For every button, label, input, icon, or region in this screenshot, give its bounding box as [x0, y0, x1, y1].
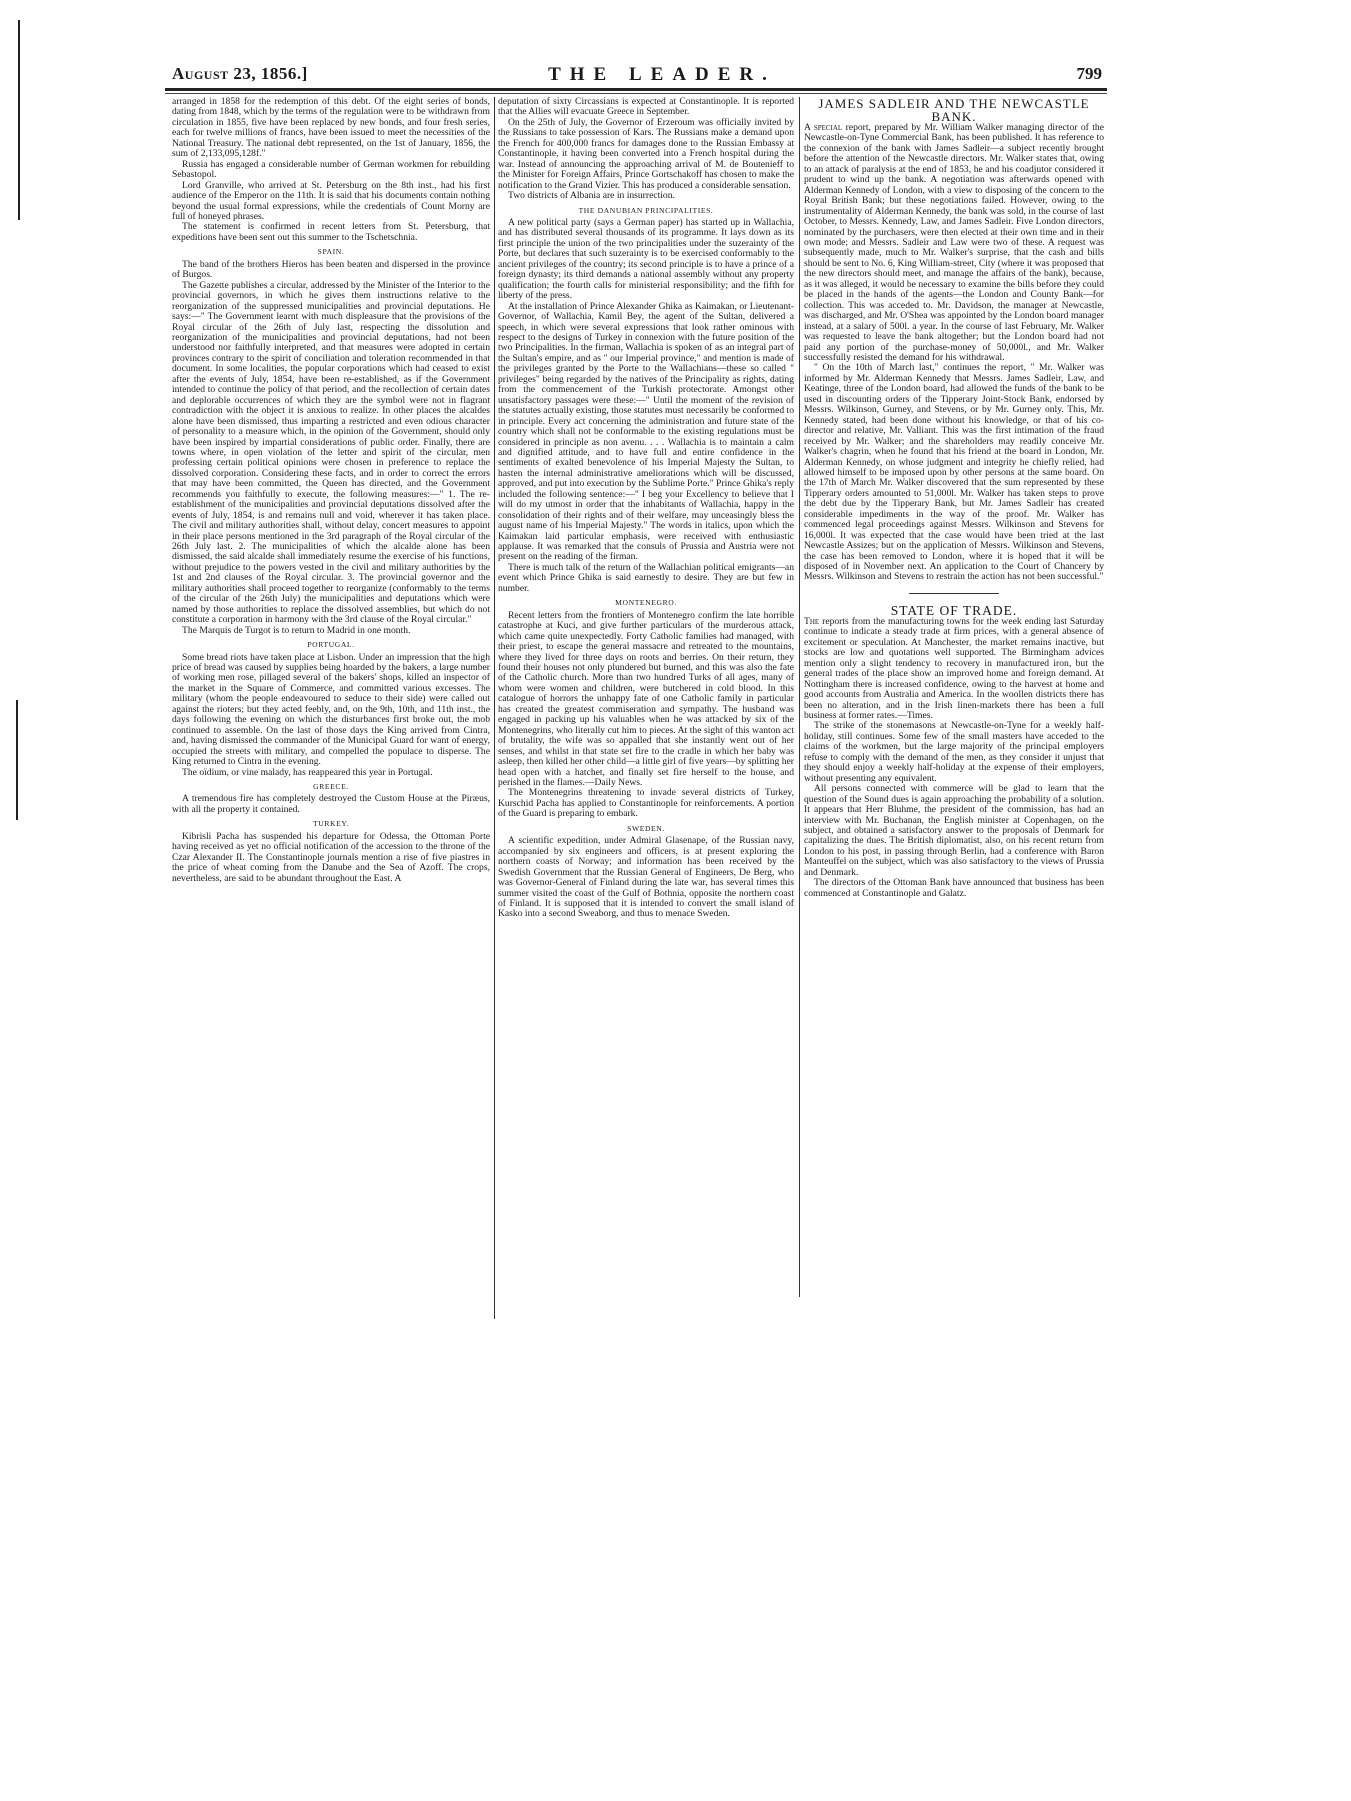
page-number: 799 — [1077, 64, 1103, 84]
article-paragraph: The band of the brothers Hieros has been… — [172, 260, 490, 281]
article-paragraph: Two districts of Albania are in insurrec… — [498, 191, 794, 201]
article-paragraph: All persons connected with commerce will… — [804, 784, 1104, 878]
margin-mark — [16, 700, 18, 820]
column-2: deputation of sixty Circassians is expec… — [498, 97, 794, 920]
article-paragraph: The Gazette publishes a circular, addres… — [172, 281, 490, 626]
section-heading-danubian-principalities: THE DANUBIAN PRINCIPALITIES. — [498, 206, 794, 216]
article-paragraph: Lord Granville, who arrived at St. Peter… — [172, 181, 490, 223]
lead-in: A special — [804, 122, 842, 133]
article-paragraph: Kibrisli Pacha has suspended his departu… — [172, 832, 490, 884]
column-divider — [494, 97, 495, 1319]
article-paragraph: On the 25th of July, the Governor of Erz… — [498, 118, 794, 191]
masthead: THE LEADER. — [452, 64, 872, 86]
article-paragraph: The statement is confirmed in recent let… — [172, 222, 490, 243]
section-heading-turkey: TURKEY. — [172, 819, 490, 829]
lead-in: The — [804, 616, 819, 627]
article-paragraph: The oïdium, or vine malady, has reappear… — [172, 768, 490, 778]
issue-date: August 23, 1856.] — [172, 64, 308, 84]
article-paragraph: Recent letters from the frontiers of Mon… — [498, 611, 794, 789]
column-3: JAMES SADLEIR AND THE NEWCASTLE BANK. A … — [804, 97, 1104, 899]
header-rule — [165, 88, 1107, 91]
article-paragraph: Russia has engaged a considerable number… — [172, 160, 490, 181]
margin-mark — [18, 20, 20, 220]
article-paragraph: " On the 10th of March last," continues … — [804, 363, 1104, 583]
article-paragraph: The Marquis de Turgot is to return to Ma… — [172, 626, 490, 636]
article-paragraph: There is much talk of the return of the … — [498, 563, 794, 594]
article-paragraph: The reports from the manufacturing towns… — [804, 617, 1104, 722]
section-heading-montenegro: MONTENEGRO. — [498, 598, 794, 608]
column-divider — [799, 97, 800, 1297]
article-paragraph: The directors of the Ottoman Bank have a… — [804, 878, 1104, 899]
column-1: arranged in 1858 for the redemption of t… — [172, 97, 490, 884]
article-separator — [909, 593, 999, 594]
header-rule-thin — [165, 93, 1107, 94]
article-paragraph: A new political party (says a German pap… — [498, 218, 794, 302]
section-heading-portugal: PORTUGAL. — [172, 640, 490, 650]
article-paragraph: The strike of the stonemasons at Newcast… — [804, 721, 1104, 784]
article-paragraph: A scientific expedition, under Admiral G… — [498, 836, 794, 920]
section-heading-sweden: SWEDEN. — [498, 824, 794, 834]
article-paragraph: The Montenegrins threatening to invade s… — [498, 788, 794, 819]
article-paragraph: A special report, prepared by Mr. Willia… — [804, 123, 1104, 363]
paragraph-text: reports from the manufacturing towns for… — [804, 616, 1104, 721]
article-paragraph: arranged in 1858 for the redemption of t… — [172, 97, 490, 160]
section-heading-spain: SPAIN. — [172, 247, 490, 257]
article-paragraph: deputation of sixty Circassians is expec… — [498, 97, 794, 118]
article-paragraph: At the installation of Prince Alexander … — [498, 302, 794, 563]
section-heading-greece: GREECE. — [172, 782, 490, 792]
article-paragraph: A tremendous fire has completely destroy… — [172, 794, 490, 815]
paragraph-text: report, prepared by Mr. William Walker m… — [804, 122, 1104, 363]
article-title-sadleir: JAMES SADLEIR AND THE NEWCASTLE BANK. — [804, 97, 1104, 123]
article-paragraph: Some bread riots have taken place at Lis… — [172, 653, 490, 768]
